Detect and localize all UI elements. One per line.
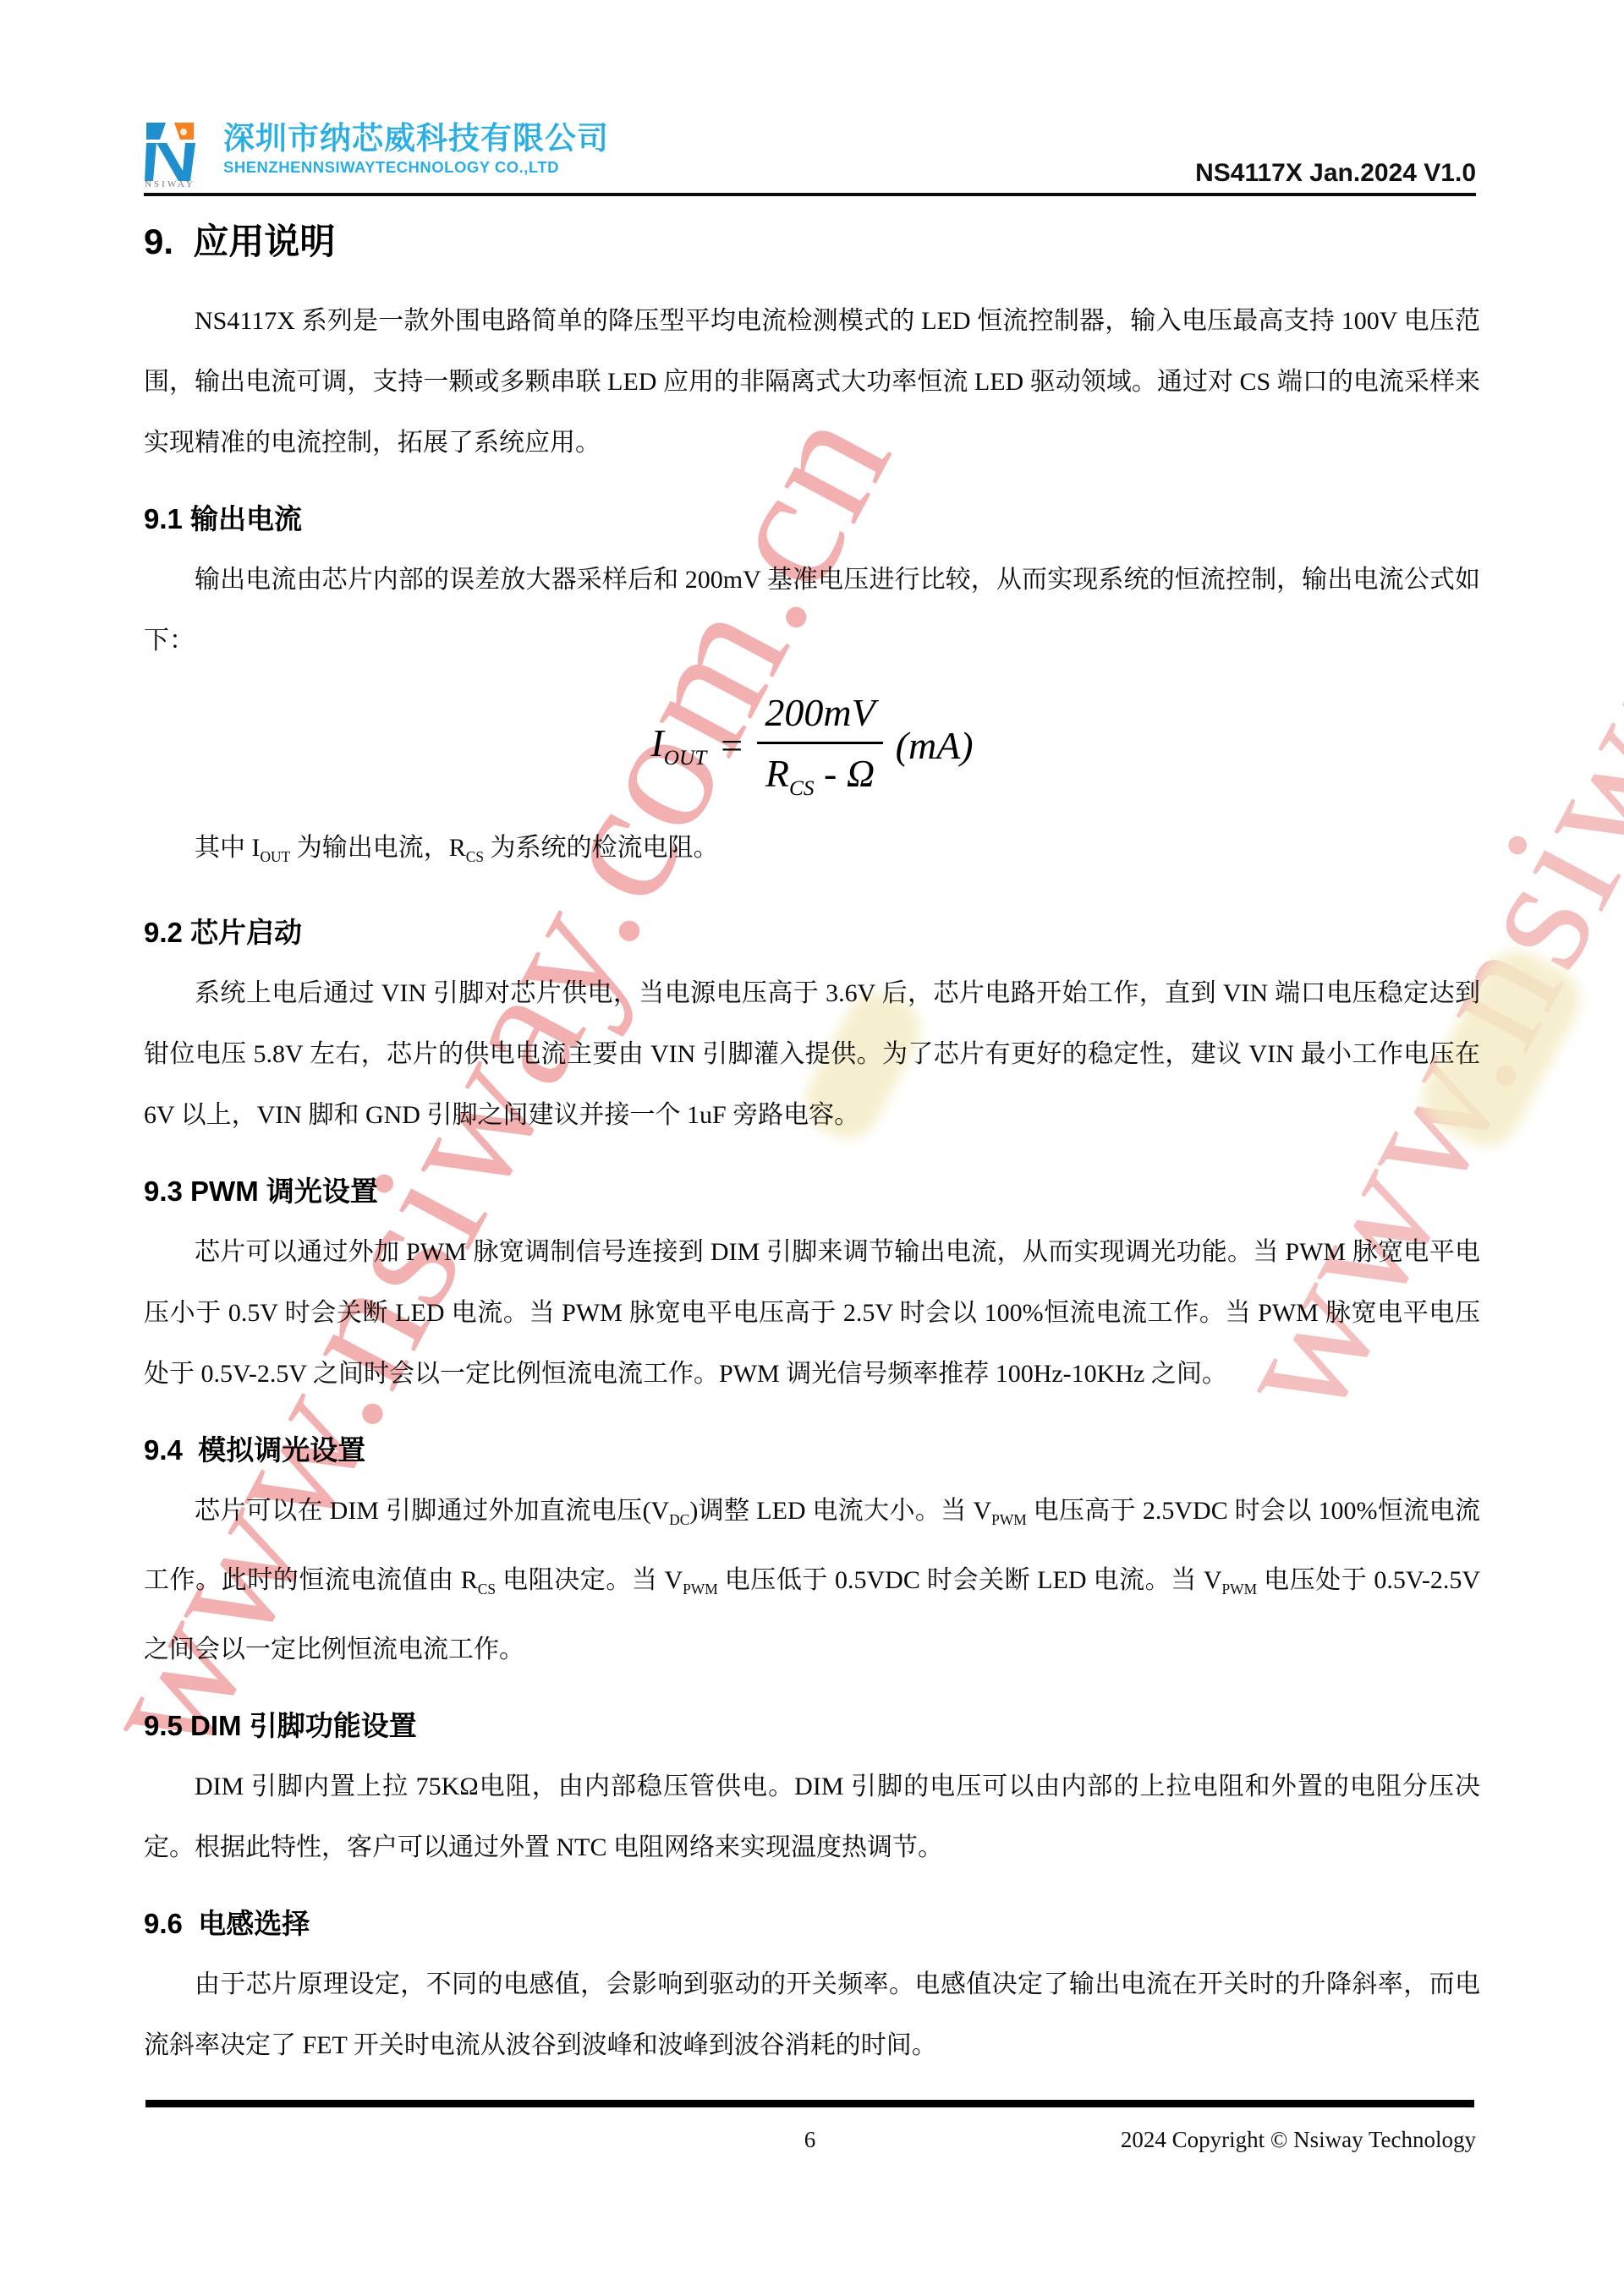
page-footer: 6 2024 Copyright © Nsiway Technology <box>144 2127 1476 2164</box>
paragraph-9-6: 由于芯片原理设定，不同的电感值，会影响到驱动的开关频率。电感值决定了输出电流在开… <box>144 1954 1480 2076</box>
header-rule <box>144 193 1476 196</box>
heading-9-6: 9.6 电感选择 <box>144 1900 1480 1948</box>
page-header: NSIWAY 深圳市纳芯威科技有限公司 SHENZHENNSIWAYTECHNO… <box>144 118 1476 193</box>
doc-version: NS4117X Jan.2024 V1.0 <box>1195 159 1476 188</box>
intro-paragraph: NS4117X 系列是一款外围电路简单的降压型平均电流检测模式的 LED 恒流控… <box>144 291 1480 474</box>
company-name-en: SHENZHENNSIWAYTECHNOLOGY CO.,LTD <box>223 157 609 178</box>
formula-unit: (mA) <box>896 723 974 768</box>
company-logo: NSIWAY <box>144 122 196 191</box>
paragraph-9-5: DIM 引脚内置上拉 75KΩ电阻，由内部稳压管供电。DIM 引脚的电压可以由内… <box>144 1756 1480 1878</box>
paragraph-9-3: 芯片可以通过外加 PWM 脉宽调制信号连接到 DIM 引脚来调节输出电流，从而实… <box>144 1222 1480 1405</box>
heading-9-5: 9.5 DIM 引脚功能设置 <box>144 1702 1480 1750</box>
formula-numerator: 200mV <box>756 690 883 742</box>
footer-rule <box>145 2100 1474 2107</box>
copyright-text: 2024 Copyright © Nsiway Technology <box>1121 2127 1476 2153</box>
heading-9-2: 9.2 芯片启动 <box>144 909 1480 956</box>
paragraph-9-4: 芯片可以在 DIM 引脚通过外加直流电压(VDC)调整 LED 电流大小。当 V… <box>144 1481 1480 1680</box>
document-body: 9. 应用说明 NS4117X 系列是一款外围电路简单的降压型平均电流检测模式的… <box>144 206 1480 2076</box>
datasheet-page: www.nsiway.com.cn www.nsiway.com.cn NSIW… <box>0 0 1624 2296</box>
heading-9-3: 9.3 PWM 调光设置 <box>144 1168 1480 1215</box>
formula-lhs: IOUT <box>650 721 706 770</box>
section-title: 9. 应用说明 <box>144 218 1480 266</box>
company-name-cn: 深圳市纳芯威科技有限公司 <box>223 120 609 157</box>
paragraph-9-1b: 其中 IOUT 为输出电流，RCS 为系统的检流电阻。 <box>144 818 1480 887</box>
nsiway-n-icon <box>144 122 196 183</box>
formula-fraction: 200mV RCS - Ω <box>756 690 883 801</box>
heading-9-1: 9.1 输出电流 <box>144 496 1480 543</box>
formula-denominator: RCS - Ω <box>757 742 883 801</box>
paragraph-9-1a: 输出电流由芯片内部的误差放大器采样后和 200mV 基准电压进行比较，从而实现系… <box>144 550 1480 671</box>
formula-equals: = <box>718 723 744 768</box>
heading-9-4: 9.4 模拟调光设置 <box>144 1427 1480 1474</box>
company-name-block: 深圳市纳芯威科技有限公司 SHENZHENNSIWAYTECHNOLOGY CO… <box>223 120 609 178</box>
paragraph-9-2: 系统上电后通过 VIN 引脚对芯片供电，当电源电压高于 3.6V 后，芯片电路开… <box>144 963 1480 1146</box>
output-current-formula: IOUT = 200mV RCS - Ω (mA) <box>144 690 1480 801</box>
logo-caption: NSIWAY <box>144 179 196 189</box>
